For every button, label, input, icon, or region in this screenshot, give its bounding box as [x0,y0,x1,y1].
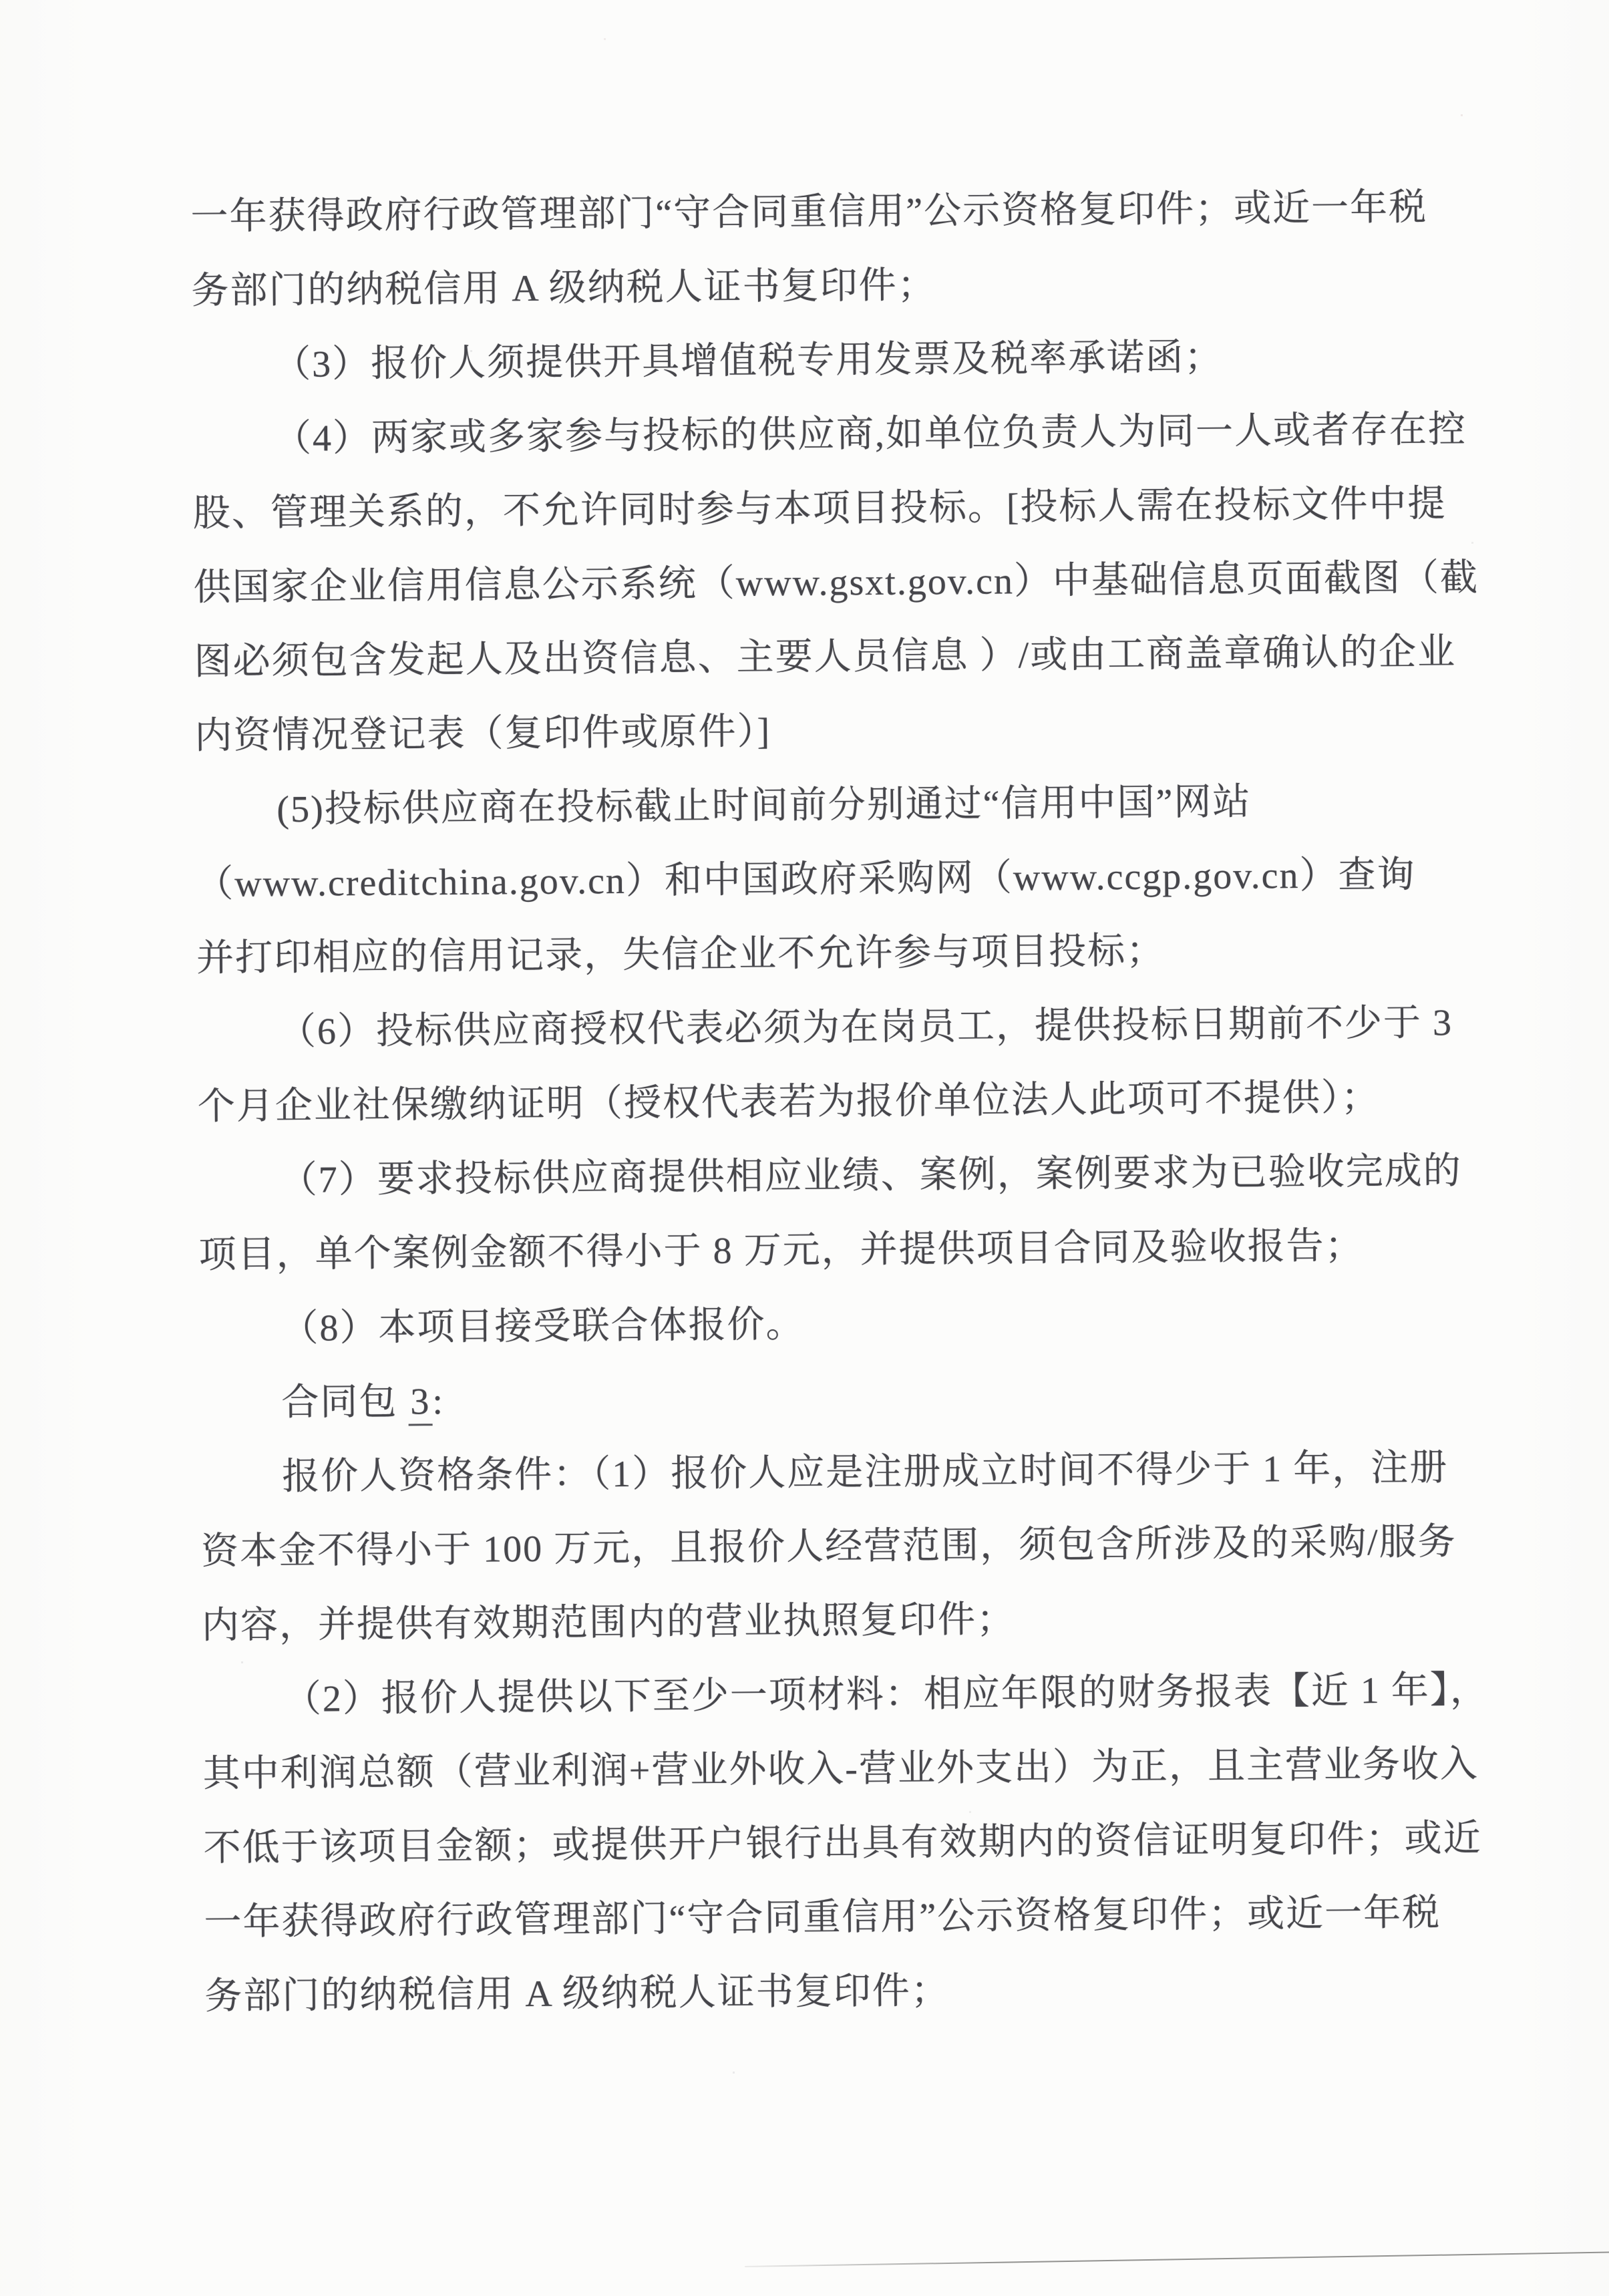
text-line: 一年获得政府行政管理部门“守合同重信用”公示资格复印件；或近一年税 [204,1876,1460,1960]
text-line: 不低于该项目金额；或提供开户银行出具有效期内的资信证明复印件；或近 [203,1802,1459,1886]
scan-artifact-line [745,2251,1609,2267]
text-line: 内资情况登记表（复印件或原件）] [194,689,1451,774]
text-line: 报价人资格条件：（1）报价人应是注册成立时间不得少于 1 年，注册 [200,1431,1457,1515]
text-line: 内容，并提供有效期范围内的营业执照复印件； [202,1579,1458,1663]
text-line: 股、管理关系的，不允许同时参与本项目投标。[投标人需在投标文件中提 [192,467,1449,551]
text-line: （www.creditchina.gov.cn）和中国政府采购网（www.ccg… [196,838,1452,922]
text-line: （6）投标供应商授权代表必须为在岗员工，提供投标日期前不少于 3 [197,986,1453,1070]
text-line: （8）本项目接受联合体报价。 [199,1283,1455,1367]
text-line: (5)投标供应商在投标截止时间前分别通过“信用中国”网站 [195,764,1451,848]
text-line: 图必须包含发起人及出资信息、主要人员信息 ）/或由工商盖章确认的企业 [194,615,1450,699]
contract-package-number: 3 [408,1381,433,1426]
contract-package-colon: : [432,1381,444,1422]
text-line: 并打印相应的信用记录，失信企业不允许参与项目投标； [196,912,1453,996]
text-line: 资本金不得小于 100 万元，且报价人经营范围，须包含所涉及的采购/服务 [201,1505,1457,1589]
contract-package-heading: 合同包 3: [200,1357,1456,1441]
document-page: 一年获得政府行政管理部门“守合同重信用”公示资格复印件；或近一年税 务部门的纳税… [0,0,1609,2296]
contract-package-label: 合同包 [281,1381,408,1423]
scan-noise-specks [0,0,1,1]
text-line: （4）两家或多家参与投标的供应商,如单位负责人为同一人或者存在控 [192,393,1449,477]
text-line: （3）报价人须提供开具增值税专用发票及税率承诺函； [192,319,1448,403]
text-line: 务部门的纳税信用 A 级纳税人证书复印件； [204,1950,1461,2034]
text-line: 务部门的纳税信用 A 级纳税人证书复印件； [191,244,1447,329]
text-line: 个月企业社保缴纳证明（授权代表若为报价单位法人此项可不提供）； [197,1060,1453,1144]
document-text-block: 一年获得政府行政管理部门“守合同重信用”公示资格复印件；或近一年税 务部门的纳税… [190,170,1461,2034]
text-line: 项目，单个案例金额不得小于 8 万元，并提供项目合同及验收报告； [198,1208,1455,1293]
text-line: （7）要求投标供应商提供相应业绩、案例，案例要求为已验收完成的 [198,1134,1454,1218]
text-line: 其中利润总额（营业利润+营业外收入-营业外支出）为正，且主营业务收入 [202,1728,1459,1812]
text-line: 供国家企业信用信息公示系统（www.gsxt.gov.cn）中基础信息页面截图（… [193,541,1449,625]
text-line: 一年获得政府行政管理部门“守合同重信用”公示资格复印件；或近一年税 [190,170,1447,255]
text-line: （2）报价人提供以下至少一项材料：相应年限的财务报表【近 1 年】， [202,1653,1458,1738]
